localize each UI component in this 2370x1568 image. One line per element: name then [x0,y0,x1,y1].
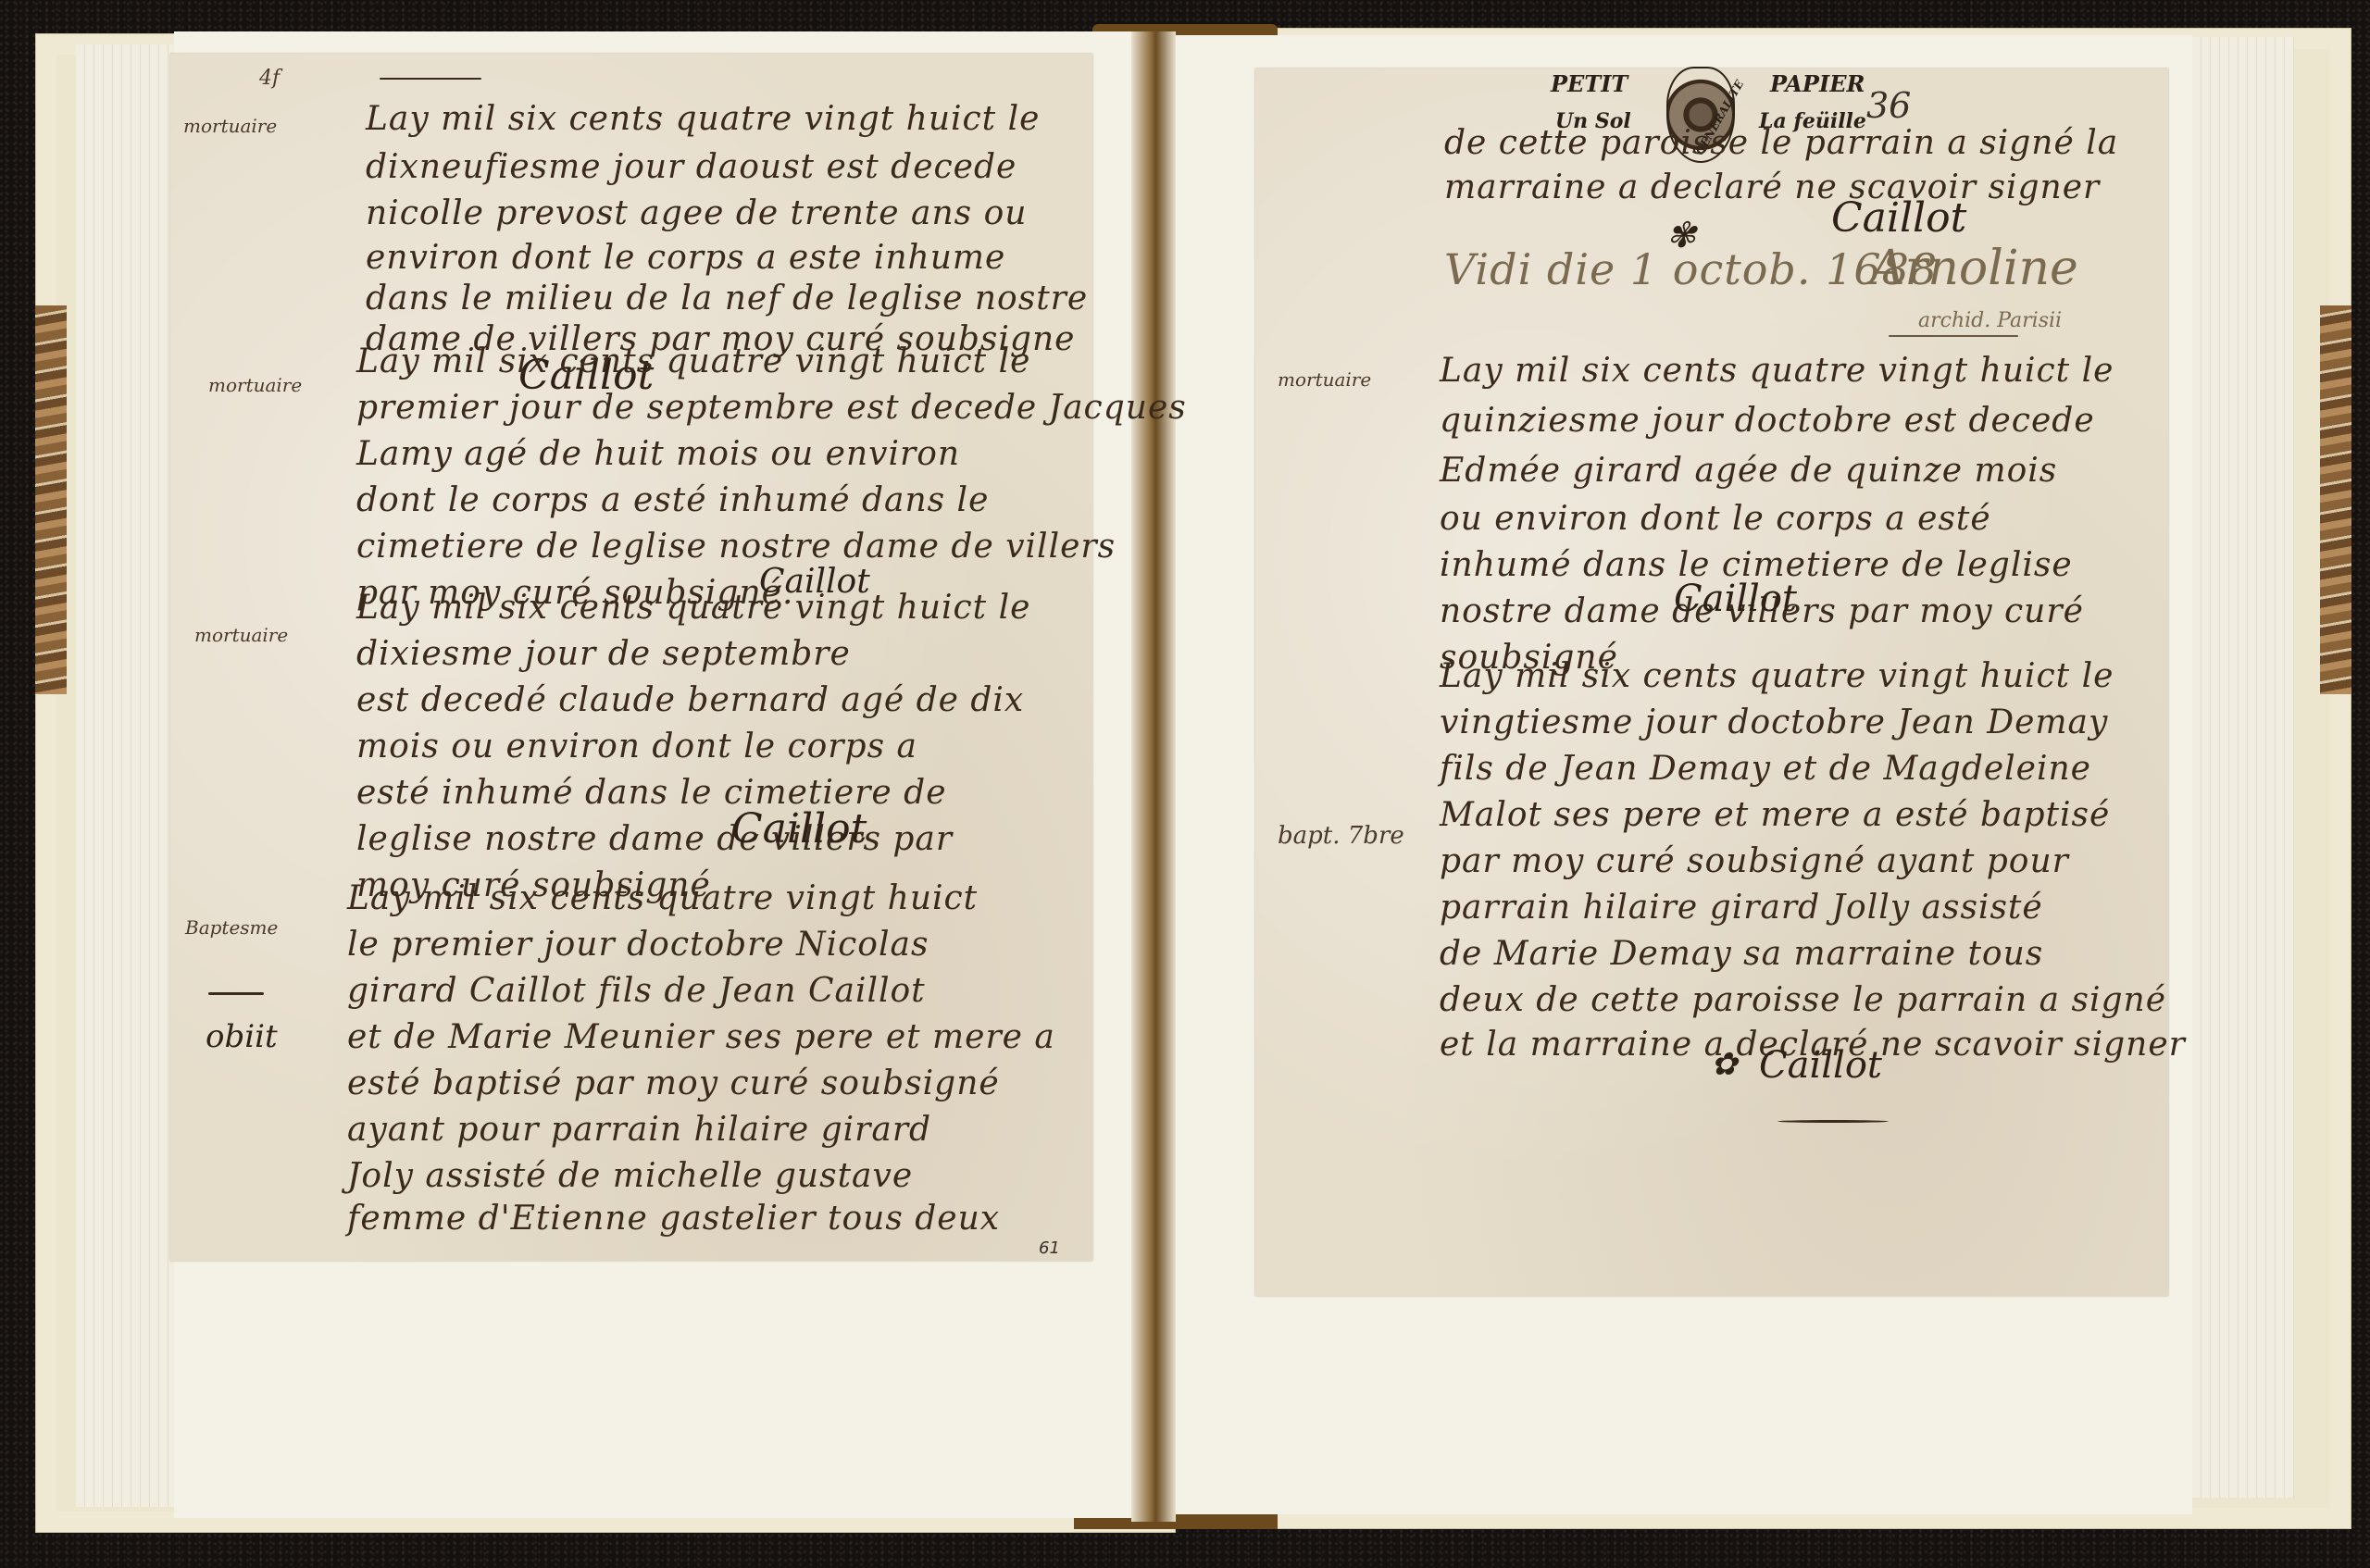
entry-line: Lay mil six cents quatre vingt huict le [366,100,1040,138]
entry-line: esté baptisé par moy curé soubsigné [347,1064,1000,1102]
entry-line: quinziesme jour doctobre est decede [1440,402,2095,440]
page-block-edge-left [76,44,176,1507]
entry-line: parrain hilaire girard Jolly assisté [1440,889,2043,927]
folio-number: 36 [1866,85,1911,126]
entry-line: Lay mil six cents quatre vingt huict le [356,589,1030,627]
entry-line: cimetiere de leglise nostre dame de vill… [356,528,1116,566]
entry-line: dixiesme jour de septembre [356,635,851,673]
entry-line: Malot ses pere et mere a esté baptisé [1440,796,2110,834]
entry-line: ou environ dont le corps a esté [1440,500,1991,538]
stamp-petit: PETIT [1551,70,1628,97]
marbled-endpaper-left [35,305,67,694]
entry-line: ayant pour parrain hilaire girard [347,1111,931,1149]
entry-line: deux de cette paroisse le parrain a sign… [1440,981,2166,1019]
margin-label-obiit: obiit [206,1018,278,1055]
folio-mark: 61 [1039,1238,1060,1258]
entry-line: femme d'Etienne gastelier tous deux [347,1200,1000,1238]
stamp-papier: PAPIER [1770,70,1865,97]
corner-note: 4f [259,67,280,90]
paraph-flourish [1777,1120,1889,1123]
cross-mark [380,78,481,80]
entry-line: Joly assisté de michelle gustave [347,1157,913,1195]
margin-label: mortuaire [194,624,288,646]
entry-line: de Marie Demay sa marraine tous [1440,935,2043,973]
entry-line: Lay mil six cents quatre vingt huict [347,879,978,917]
entry-line: Edmée girard agée de quinze mois [1440,452,2057,490]
entry-line: dixneufiesme jour daoust est decede [366,148,1017,186]
entry-line: dans le milieu de la nef de leglise nost… [366,280,1088,317]
signature: Caillot [1674,578,1797,620]
entry-line: Lay mil six cents quatre vingt huict le [356,342,1030,380]
entry-line: premier jour de septembre est decede Jac… [356,389,1187,427]
visa-rule [1889,335,2018,337]
entry-line: est decedé claude bernard agé de dix [356,681,1024,719]
margin-label: mortuaire [1278,368,1371,391]
visa-subscript: archid. Parisii [1918,309,2062,332]
entry-line: le premier jour doctobre Nicolas [347,926,929,964]
entry-line: et de Marie Meunier ses pere et mere a [347,1018,1055,1056]
flourish-mark-icon: ✿ [1711,1046,1738,1083]
signature: Caillot [1759,1044,1882,1087]
entry-line: nicolle prevost agee de trente ans ou [366,194,1027,232]
margin-rule [208,992,264,995]
continuation-line: de cette paroisse le parrain a signé la [1444,124,2118,162]
margin-label: mortuaire [208,374,302,396]
entry-line: environ dont le corps a este inhume [366,239,1005,277]
entry-line: vingtiesme jour doctobre Jean Demay [1440,703,2108,741]
entry-line: girard Caillot fils de Jean Caillot [347,972,926,1010]
entry-line: mois ou environ dont le corps a [356,728,917,765]
signature: Caillot [1831,194,1966,242]
marbled-endpaper-right [2320,305,2351,694]
margin-label: bapt. 7bre [1278,822,1404,850]
gutter [1131,31,1176,1522]
margin-label: mortuaire [183,115,277,137]
entry-line: Lay mil six cents quatre vingt huict le [1440,657,2114,695]
entry-line: dont le corps a esté inhumé dans le [356,481,989,519]
visa-signature: Arnoline [1870,241,2078,296]
signature: Caillot [731,805,867,852]
continuation-line: marraine a declaré ne scavoir signer [1444,168,2100,206]
margin-label: Baptesme [185,916,278,939]
entry-line: Lay mil six cents quatre vingt huict le [1440,352,2114,390]
visa-text: Vidi die 1 octob. 1688 [1444,244,1938,294]
entry-line: Lamy agé de huit mois ou environ [356,435,960,473]
entry-line: fils de Jean Demay et de Magdeleine [1440,750,2091,788]
entry-line: par moy curé soubsigné ayant pour [1440,842,2069,880]
page-block-edge-right [2192,37,2294,1498]
